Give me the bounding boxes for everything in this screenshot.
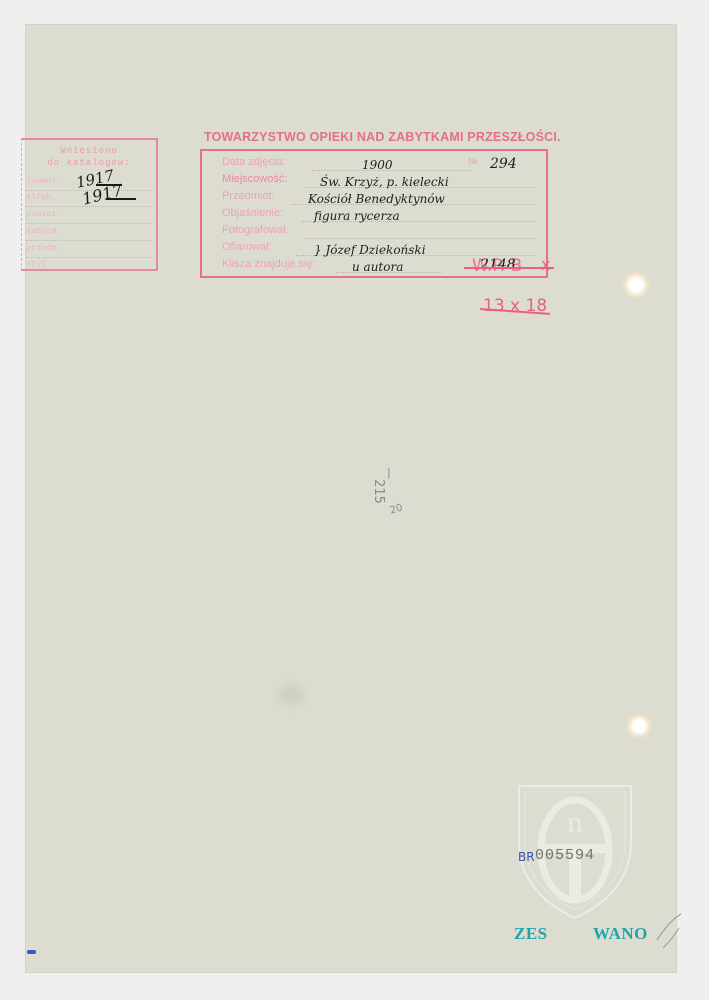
field-date-value: 1900 (362, 158, 393, 172)
number-label: № (468, 156, 478, 166)
catalog-stamp-subtitle: do katalogów: (22, 158, 156, 168)
society-stamp-title: TOWARZYSTWO OPIEKI NAD ZABYTKAMI PRZESZŁ… (204, 130, 561, 144)
field-subject-value: Kościół Benedyktynów (308, 192, 445, 206)
field-date: Data zdjęcia: 1900 № 294 (222, 156, 542, 173)
field-description: Objaśnienie: figura rycerza (222, 207, 542, 224)
field-photographer: Fotografował: (222, 224, 542, 241)
paper-hole (620, 272, 652, 298)
field-subject: Przedmiot: Kościół Benedyktynów (222, 190, 542, 207)
field-place-value: Św. Krzyż, p. kielecki (320, 175, 449, 189)
status-stamp-left: ZES (514, 924, 548, 944)
underline-mark (106, 198, 136, 200)
strike-line (464, 267, 554, 269)
inventory-prefix: BR (518, 850, 535, 864)
field-negative-location-value: u autora (352, 260, 403, 274)
pencil-dash: | (387, 466, 391, 479)
ink-mark (27, 950, 36, 954)
inventory-number: 005594 (535, 847, 595, 864)
catalog-row-przedm: przedm. (26, 243, 154, 258)
negative-number: 2148 (480, 257, 516, 273)
catalog-stamp-title: Wniesiono (22, 146, 156, 156)
status-stamp-right: WANO (593, 924, 648, 944)
svg-text:n: n (568, 806, 583, 839)
cross-mark: x (541, 255, 550, 274)
smudge (278, 685, 304, 705)
field-donor-value: } Józef Dziekoński (314, 243, 426, 257)
catalog-row-powiat: powiat. (26, 209, 154, 224)
field-place: Miejscowość: Św. Krzyż, p. kielecki (222, 173, 542, 190)
catalog-row-autora: autora (26, 226, 154, 241)
pencil-squiggle (655, 910, 685, 950)
paper-hole (624, 714, 654, 738)
catalog-row-styl: styl. (26, 259, 154, 273)
pencil-number: 215 (371, 479, 386, 504)
field-number-value: 294 (490, 156, 517, 172)
field-description-value: figura rycerza (314, 209, 400, 223)
